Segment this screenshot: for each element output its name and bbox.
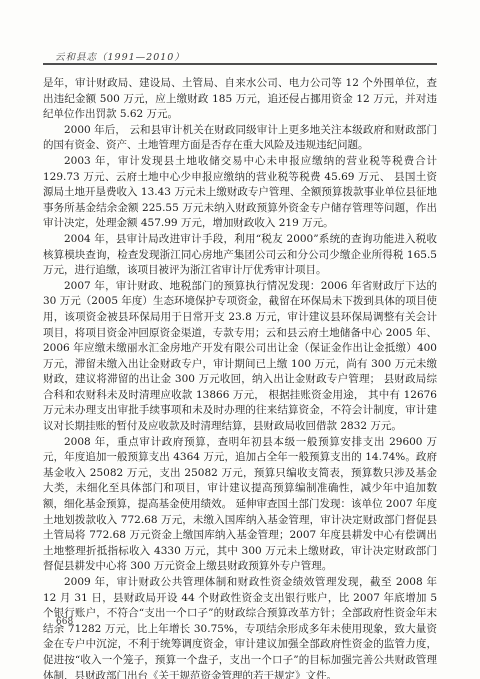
header-rule-divider xyxy=(43,63,437,65)
page-body-text: 是年，审计财政局、建设局、土管局、自来水公司、电力公司等 12 个外围单位，查出… xyxy=(43,76,437,679)
paragraph-2000: 2000 年后， 云和县审计机关在财政同级审计上更多地关注本级政府和财政部门的国… xyxy=(43,123,437,154)
paragraph-2004: 2004 年，县审计局改进审计手段，利用“税友 2000”系统的查询功能进入税收… xyxy=(43,232,437,279)
paragraph-2003: 2003 年，审计发现县土地收储交易中心未申报应缴纳的营业税等税费合计 129.… xyxy=(43,154,437,232)
running-header-title: 云和县志（1991—2010） xyxy=(55,49,185,63)
paragraph-2009: 2009 年，审计财政公共管理体制和财政性资金绩效管理发现，截至 2008 年 … xyxy=(43,575,437,679)
paragraph-continuation: 是年，审计财政局、建设局、土管局、自来水公司、电力公司等 12 个外围单位，查出… xyxy=(43,76,437,123)
paragraph-2007: 2007 年，审计财政、地税部门的预算执行情况发现：2006 年省财政厅下达的 … xyxy=(43,279,437,435)
page-number: 668 xyxy=(56,617,73,627)
book-page: 云和县志（1991—2010） 是年，审计财政局、建设局、土管局、自来水公司、电… xyxy=(0,0,480,679)
paragraph-2008: 2008 年，重点审计政府预算，查明年初县本级一般预算安排支出 29600 万元… xyxy=(43,435,437,575)
